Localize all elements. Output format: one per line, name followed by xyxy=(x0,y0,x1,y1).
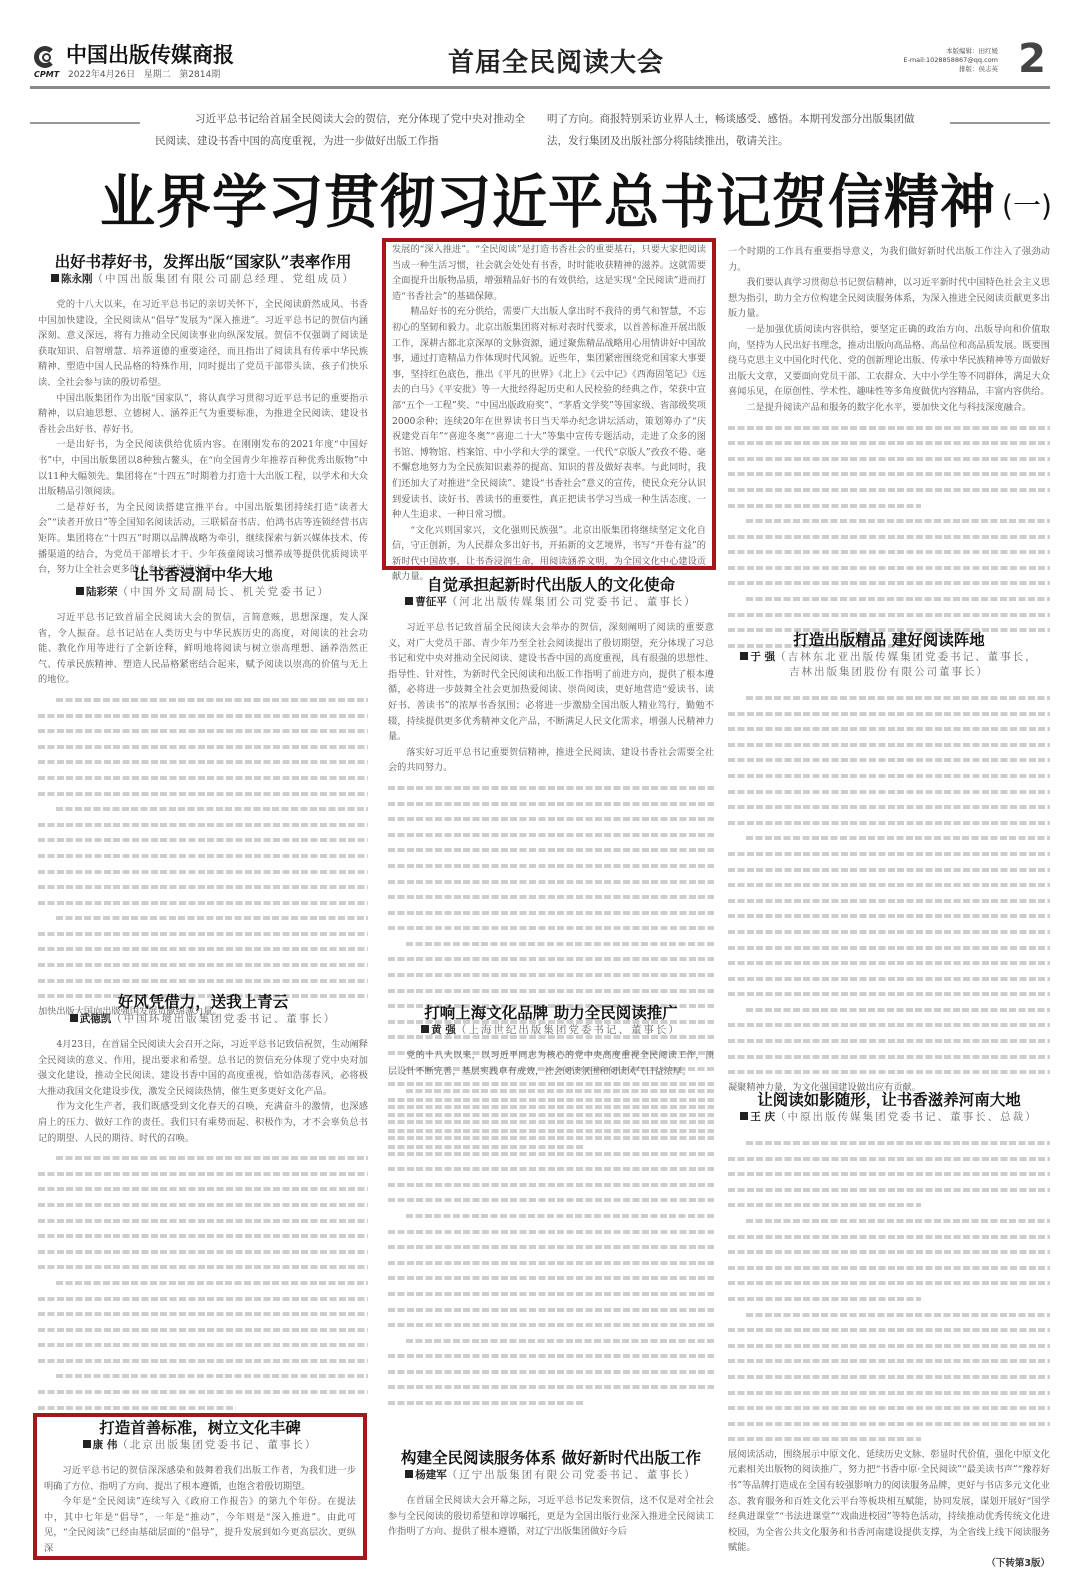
article-title: 打响上海文化品牌 助力全民阅读推广 xyxy=(388,1003,714,1023)
continued-note-row: （下转第3版） xyxy=(728,1556,1050,1569)
author-name: 武德凯 xyxy=(80,1013,112,1025)
author-name: 于 强 xyxy=(750,651,775,663)
author-role: （中国出版集团有限公司副总经理、党组成员） xyxy=(93,273,356,285)
author-name: 杨建军 xyxy=(415,1469,447,1481)
article-title: 打造出版精品 建好阅读阵地 xyxy=(728,630,1050,650)
byline: 曹征平（河北出版传媒集团公司党委书记、董事长） xyxy=(388,595,714,610)
article-yang-jianjun: 构建全民阅读服务体系 做好新时代出版工作 杨建军（辽宁出版集团有限公司党委书记、… xyxy=(388,1448,714,1540)
article-title: 构建全民阅读服务体系 做好新时代出版工作 xyxy=(388,1448,714,1468)
author-name: 陈永刚 xyxy=(61,273,93,285)
intro-rule-left xyxy=(30,122,140,124)
byline: 杨建军（辽宁出版集团有限公司党委书记、董事长） xyxy=(388,1468,714,1483)
paragraph: 党的十八大以来，以习近平同志为核心的党中央高度重视全民阅读工作，顶层设计不断完善… xyxy=(388,1048,714,1079)
article-body: 习近平总书记致首届全民阅读大会的贺信，言简意赅，思想深邃，发人深省，令人振奋。总… xyxy=(38,610,368,1019)
article-body-continued xyxy=(38,1150,368,1415)
article-yu-qiang: 打造出版精品 建好阅读阵地 于 强（吉林东北亚出版传媒集团党委书记、董事长， 吉… xyxy=(728,630,1050,1095)
article-body-lines xyxy=(728,1135,1050,1447)
author-name: 黄 强 xyxy=(431,1024,456,1036)
headline-main: 业界学习贯彻习近平总书记贺信精神 xyxy=(100,169,996,236)
page-number: 2 xyxy=(1018,36,1046,82)
section-title: 首届全民阅读大会 xyxy=(448,42,664,79)
paper-name: 中国出版传媒商报 xyxy=(66,44,234,66)
byline: 武德凯（中国环境出版集团党委书记、董事长） xyxy=(38,1012,368,1027)
eye-swirl-logo-icon xyxy=(32,44,62,74)
article-body: 4月23日，在首届全民阅读大会召开之际，习近平总书记致信祝贺，生动阐释全民阅读的… xyxy=(38,1037,368,1415)
article-huang-qiang: 打响上海文化品牌 助力全民阅读推广 黄 强（上海世纪出版集团党委书记、董事长） … xyxy=(388,1003,714,1411)
author-role: （中国外文局副局长、机关党委书记） xyxy=(118,586,331,598)
paragraph: 4月23日，在首届全民阅读大会召开之际，习近平总书记致信祝贺，生动阐释全民阅读的… xyxy=(38,1037,368,1099)
author-role: （吉林东北亚出版传媒集团党委书记、董事长， xyxy=(775,651,1038,663)
author-name: 康 伟 xyxy=(93,1439,118,1451)
article-wang-qing: 让阅读如影随形，让书香滋养河南大地 王 庆（中原出版传媒集团党委书记、董事长、总… xyxy=(728,1090,1050,1569)
byline: 陈永刚（中国出版集团有限公司副总经理、党组成员） xyxy=(38,272,368,287)
intro-col-1: 习近平总书记给首届全民阅读大会的贺信，充分体现了党中央对推动全民阅读、建设书香中… xyxy=(155,108,525,152)
article-body: 发展的“深入推进”。“全民阅读”是打造书香社会的重要基石，只要大家把阅读当成一种… xyxy=(392,242,706,585)
paragraph: 落实好习近平总书记重要贺信精神，推进全民阅读、建设书香社会需要全社会的共同努力。 xyxy=(388,745,714,776)
article-body-continued xyxy=(388,1083,714,1410)
author-role-2: 吉林出版集团股份有限公司董事长） xyxy=(789,666,989,678)
article-title: 自觉承担起新时代出版人的文化使命 xyxy=(388,575,714,595)
issue-line: CPMT 2022年4月26日 星期二 第2814期 xyxy=(66,67,234,80)
article-title: 出好书荐好书，发挥出版“国家队”表率作用 xyxy=(38,252,368,272)
author-role: （辽宁出版集团有限公司党委书记、董事长） xyxy=(447,1469,697,1481)
article-body-continued xyxy=(38,692,368,1004)
headline-part: (一) xyxy=(1002,189,1052,224)
issue-number: 第2814期 xyxy=(179,70,220,80)
author-role: （中国环境出版集团党委书记、董事长） xyxy=(111,1013,336,1025)
layout-editor: 排版：侯志英 xyxy=(903,65,998,74)
paragraph: 习近平总书记致首届全民阅读大会的贺信，言简意赅，思想深邃，发人深省，令人振奋。总… xyxy=(38,610,368,688)
article-lu-cairong: 让书香浸润中华大地 陆彩荣（中国外文局副局长、机关党委书记） 习近平总书记致首届… xyxy=(38,565,368,1019)
article-title: 好风凭借力，送我上青云 xyxy=(38,992,368,1012)
author-role: （中原出版传媒集团党委书记、董事长、总裁） xyxy=(775,1111,1038,1123)
paragraph: 习近平总书记致首届全民阅读大会举办的贺信，深刻阐明了阅读的重要意义，对广大党员干… xyxy=(388,620,714,745)
byline: 于 强（吉林东北亚出版传媒集团党委书记、董事长， xyxy=(728,650,1050,665)
article-body: 党的十八大以来，在习近平总书记的亲切关怀下，全民阅读蔚然成风、书香中国加快建设，… xyxy=(38,297,368,578)
article-body: 习近平总书记的贺信深深感染和鼓舞着我们出版工作者，为我们进一步明确了方位、指明了… xyxy=(44,1463,356,1557)
paragraph: 发展的“深入推进”。“全民阅读”是打造书香社会的重要基石，只要大家把阅读当成一种… xyxy=(392,242,706,304)
article-kang-wei: 打造首善标准，树立文化丰碑 康 伟（北京出版集团党委书记、董事长） 习近平总书记… xyxy=(44,1418,356,1557)
paragraph: 在首届全民阅读大会开幕之际，习近平总书记发来贺信，这不仅是对全社会参与全民阅读的… xyxy=(388,1493,714,1540)
author-role: （上海世纪出版集团党委书记、董事长） xyxy=(456,1024,681,1036)
paragraph: 一是出好书，为全民阅读供给优质内容。在刚刚发布的2021年度“中国好书”中，中国… xyxy=(38,437,368,499)
paragraph: 党的十八大以来，在习近平总书记的亲切关怀下，全民阅读蔚然成风、书香中国加快建设，… xyxy=(38,297,368,391)
article-yang-jianjun-continued: 一个时期的工作具有重要指导意义，为我们做好新时代出版工作注入了强劲动力。 我们要… xyxy=(728,244,1050,653)
paragraph: 习近平总书记的贺信深深感染和鼓舞着我们出版工作者，为我们进一步明确了方位、指明了… xyxy=(44,1463,356,1494)
author-name: 王 庆 xyxy=(750,1111,775,1123)
article-chen-yonggang: 出好书荐好书，发挥出版“国家队”表率作用 陈永刚（中国出版集团有限公司副总经理、… xyxy=(38,252,368,578)
editor-email[interactable]: E-mail:1028858867@qq.com xyxy=(903,56,998,65)
editor-info: 本版编辑：田红媛 E-mail:1028858867@qq.com 排版：侯志英 xyxy=(903,47,998,74)
paragraph: 今年是“全民阅读”连续写入《政府工作报告》的第九个年份。在提法中，其中七年是“倡… xyxy=(44,1494,356,1556)
continued-to-page-3[interactable]: （下转第3版） xyxy=(986,1556,1050,1569)
masthead: 中国出版传媒商报 CPMT 2022年4月26日 星期二 第2814期 首届全民… xyxy=(30,40,1050,89)
article-title: 让书香浸润中华大地 xyxy=(38,565,368,585)
article-body-lines xyxy=(728,690,1050,1080)
issue-weekday: 星期二 xyxy=(144,70,171,80)
author-name: 曹征平 xyxy=(415,596,447,608)
byline: 王 庆（中原出版传媒集团党委书记、董事长、总裁） xyxy=(728,1110,1050,1125)
intro-col-2: 明了方向。商报特别采访业界人士，畅谈感受、感悟。本期刊发部分出版集团做法，发行集… xyxy=(547,108,917,152)
paragraph: 我们要认真学习贯彻总书记贺信精神，以习近平新时代中国特色社会主义思想为指引，助力… xyxy=(728,275,1050,322)
page-headline: 业界学习贯彻习近平总书记贺信精神(一) xyxy=(100,156,1052,239)
paragraph: 二是提升阅读产品和服务的数字化水平，要加快文化与科技深度融合。 xyxy=(728,400,1050,416)
byline-line-2: 吉林出版集团股份有限公司董事长） xyxy=(728,665,1050,680)
paragraph: 一是加强优质阅读内容供给，要坚定正确的政治方向、出版导向和价值取向，坚持为人民出… xyxy=(728,322,1050,400)
article-body: 在首届全民阅读大会开幕之际，习近平总书记发来贺信，这不仅是对全社会参与全民阅读的… xyxy=(388,1493,714,1540)
author-role: （北京出版集团党委书记、董事长） xyxy=(117,1439,317,1451)
byline: 康 伟（北京出版集团党委书记、董事长） xyxy=(44,1438,356,1453)
article-body-continued xyxy=(728,420,1050,654)
article-title: 打造首善标准，树立文化丰碑 xyxy=(44,1418,356,1438)
paragraph: 一个时期的工作具有重要指导意义，为我们做好新时代出版工作注入了强劲动力。 xyxy=(728,244,1050,275)
article-kang-wei-continued: 发展的“深入推进”。“全民阅读”是打造书香社会的重要基石，只要大家把阅读当成一种… xyxy=(392,242,706,585)
article-body: 党的十八大以来，以习近平同志为核心的党中央高度重视全民阅读工作，顶层设计不断完善… xyxy=(388,1048,714,1411)
paragraph: 作为文化生产者，我们既感受到文化春天的召唤，充满奋斗的激情，也深感肩上的压力、做… xyxy=(38,1099,368,1146)
byline: 黄 强（上海世纪出版集团党委书记、董事长） xyxy=(388,1023,714,1038)
article-title: 让阅读如影随形，让书香滋养河南大地 xyxy=(728,1090,1050,1110)
article-body: 一个时期的工作具有重要指导意义，为我们做好新时代出版工作注入了强劲动力。 我们要… xyxy=(728,244,1050,653)
author-name: 陆彩荣 xyxy=(86,586,118,598)
author-role: （河北出版传媒集团公司党委书记、董事长） xyxy=(447,596,697,608)
article-body: 凝聚精神力量，为文化强国建设做出应有贡献。 xyxy=(728,690,1050,1095)
byline: 陆彩荣（中国外文局副局长、机关党委书记） xyxy=(38,585,368,600)
article-body: 展阅读活动，围绕展示中原文化、延续历史文脉、彰显时代价值，强化中原文化元素相关出… xyxy=(728,1135,1050,1569)
editor-name: 本版编辑：田红媛 xyxy=(903,47,998,56)
paragraph: 精品好书的充分供给，需要广大出版人拿出时不我待的勇气和智慧，不忘初心的坚韧和毅力… xyxy=(392,304,706,522)
issue-date: 2022年4月26日 xyxy=(68,70,135,80)
paragraph: 展阅读活动，围绕展示中原文化、延续历史文脉、彰显时代价值，强化中原文化元素相关出… xyxy=(728,1447,1050,1556)
intro-rule-right xyxy=(950,122,1050,124)
paragraph: 中国出版集团作为出版“国家队”，将认真学习贯彻习近平总书记的重要指示精神，以启迪… xyxy=(38,391,368,438)
article-wu-dekai: 好风凭借力，送我上青云 武德凯（中国环境出版集团党委书记、董事长） 4月23日，… xyxy=(38,992,368,1415)
paper-logo: 中国出版传媒商报 CPMT 2022年4月26日 星期二 第2814期 xyxy=(32,44,234,80)
